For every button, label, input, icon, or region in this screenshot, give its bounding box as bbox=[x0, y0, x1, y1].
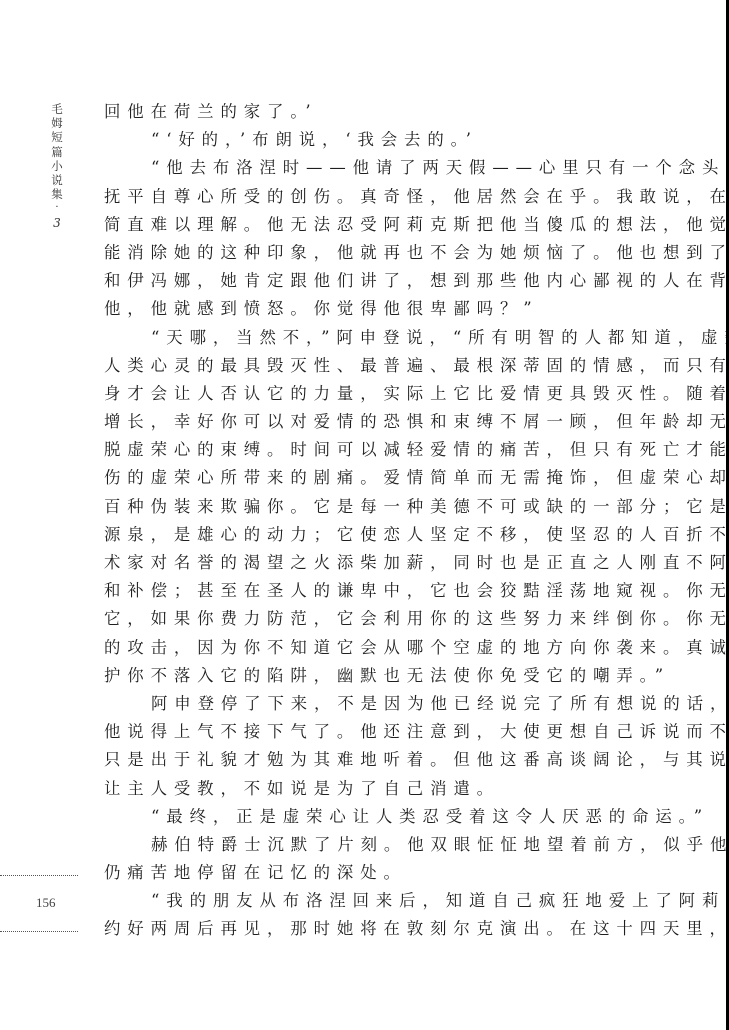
text-line: 让主人受教，不如说是为了自己消遣。 bbox=[104, 775, 634, 803]
running-head-vertical: 毛 姆 短 篇 小 说 集 · 3 bbox=[49, 102, 65, 230]
folio-divider-bottom bbox=[0, 931, 78, 932]
running-head-char: 集 bbox=[51, 187, 63, 201]
text-line: “我的朋友从布洛涅回来后，知道自己疯狂地爱上了阿莉克斯，并 bbox=[104, 887, 634, 915]
text-line: “他去布洛涅时——他请了两天假——心里只有一个念头，就是要 bbox=[104, 154, 634, 182]
text-line: 的攻击，因为你不知道它会从哪个空虚的地方向你袭来。真诚无法保 bbox=[104, 634, 634, 662]
text-line: 脱虚荣心的束缚。时间可以减轻爱情的痛苦，但只有死亡才能平息受 bbox=[104, 436, 634, 464]
text-line: 人类心灵的最具毁灭性、最普遍、最根深蒂固的情感，而只有虚荣心本 bbox=[104, 352, 634, 380]
text-line: 他说得上气不接下气了。他还注意到，大使更想自己诉说而不是倾听， bbox=[104, 718, 634, 746]
text-line: 护你不落入它的陷阱，幽默也无法使你免受它的嘲弄。” bbox=[104, 662, 634, 690]
text-line: 术家对名誉的渴望之火添柴加薪，同时也是正直之人刚直不阿的支撑 bbox=[104, 549, 634, 577]
text-line: 抚平自尊心所受的创伤。真奇怪，他居然会在乎。我敢说，在你看来这 bbox=[104, 183, 634, 211]
text-line: 约好两周后再见，那时她将在敦刻尔克演出。在这十四天里，他的心里 bbox=[104, 915, 634, 943]
book-page: 毛 姆 短 篇 小 说 集 · 3 回他在荷兰的家了。’ “‘好的，’布朗说，‘… bbox=[0, 0, 729, 1030]
body-text: 回他在荷兰的家了。’ “‘好的，’布朗说，‘我会去的。’ “他去布洛涅时——他请… bbox=[104, 98, 634, 944]
text-line: 和补偿；甚至在圣人的谦卑中，它也会狡黠淫荡地窥视。你无法逃避 bbox=[104, 577, 634, 605]
running-head-volume-number: 3 bbox=[53, 216, 61, 230]
text-line: 他，他就感到愤怒。你觉得他很卑鄙吗？” bbox=[104, 295, 634, 323]
page-number: 156 bbox=[36, 895, 76, 911]
text-line: “‘好的，’布朗说，‘我会去的。’ bbox=[104, 126, 634, 154]
text-line: 赫伯特爵士沉默了片刻。他双眼怔怔地望着前方，似乎他的思绪 bbox=[104, 831, 634, 859]
running-head-char: 短 bbox=[51, 130, 63, 144]
text-line: 能消除她的这种印象，他就再也不会为她烦恼了。他也想到了奥马利 bbox=[104, 239, 634, 267]
folio-divider-top bbox=[0, 875, 78, 876]
text-line: 增长，幸好你可以对爱情的恐惧和束缚不屑一顾，但年龄却无法让你摆 bbox=[104, 408, 634, 436]
text-line: 伤的虚荣心所带来的剧痛。爱情简单而无需掩饰，但虚荣心却会用千 bbox=[104, 464, 634, 492]
running-head-char: 姆 bbox=[51, 116, 63, 130]
text-line: “天哪，当然不，”阿申登说，“所有明智的人都知道，虚荣心是折磨 bbox=[104, 324, 634, 352]
running-head-char: 小 bbox=[51, 159, 63, 173]
text-line: 只是出于礼貌才勉为其难地听着。但他这番高谈阔论，与其说是为了 bbox=[104, 746, 634, 774]
running-head-char: 篇 bbox=[51, 145, 63, 159]
running-head-char: 毛 bbox=[51, 102, 63, 116]
text-line: 简直难以理解。他无法忍受阿莉克斯把他当傻瓜的想法，他觉得只要 bbox=[104, 211, 634, 239]
text-line: 身才会让人否认它的力量，实际上它比爱情更具毁灭性。随着年岁的 bbox=[104, 380, 634, 408]
text-line: 源泉，是雄心的动力；它使恋人坚定不移，使坚忍的人百折不挠；它为艺 bbox=[104, 521, 634, 549]
text-line: 它，如果你费力防范，它会利用你的这些努力来绊倒你。你无法抵御它 bbox=[104, 605, 634, 633]
text-line: 回他在荷兰的家了。’ bbox=[104, 98, 634, 126]
text-line: 百种伪装来欺骗你。它是每一种美德不可或缺的一部分；它是勇气的 bbox=[104, 493, 634, 521]
text-line: 和伊冯娜，她肯定跟他们讲了，想到那些他内心鄙视的人在背后嘲笑 bbox=[104, 267, 634, 295]
running-head-char: 说 bbox=[51, 173, 63, 187]
text-line: “最终，正是虚荣心让人类忍受着这令人厌恶的命运。” bbox=[104, 803, 634, 831]
text-line: 阿申登停了下来，不是因为他已经说完了所有想说的话，而是因为 bbox=[104, 690, 634, 718]
text-line: 仍痛苦地停留在记忆的深处。 bbox=[104, 859, 634, 887]
running-head-separator: · bbox=[55, 201, 58, 215]
